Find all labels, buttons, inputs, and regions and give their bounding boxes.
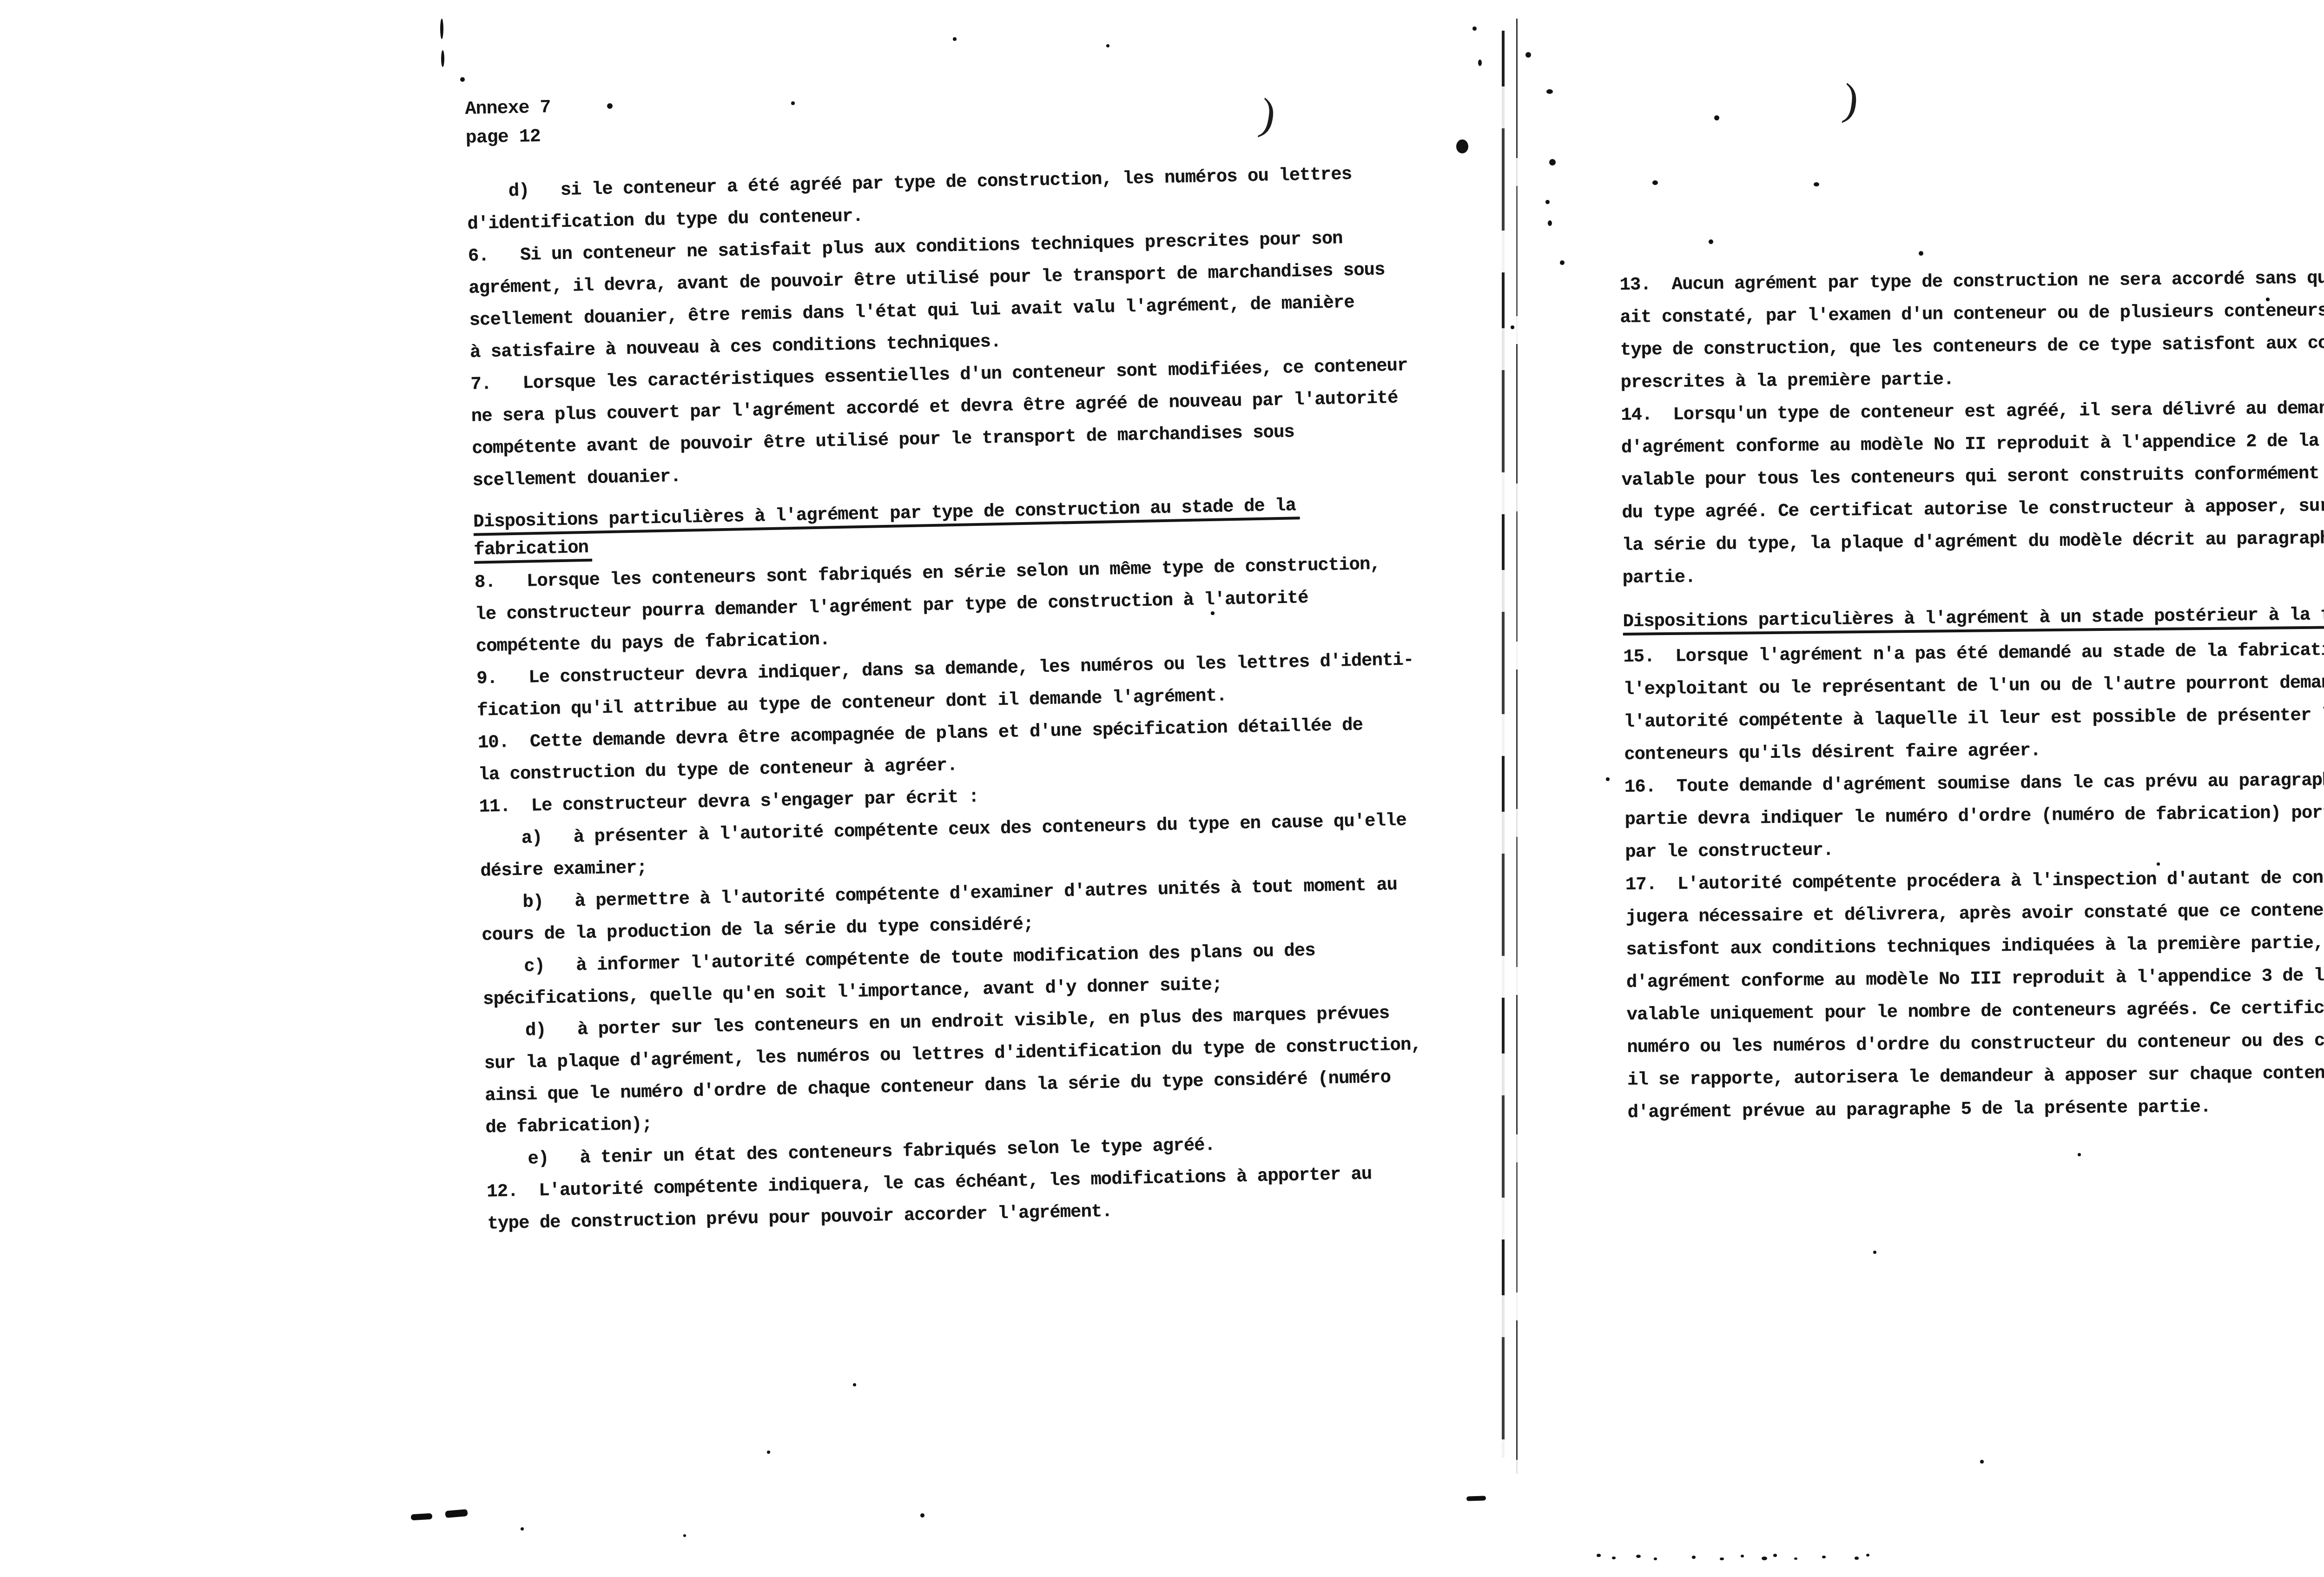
ink-speck: [791, 101, 795, 105]
ink-speck: [683, 1534, 686, 1537]
ink-speck: [1919, 251, 1923, 256]
ink-dash: [411, 1513, 433, 1520]
ink-speck: [1720, 1557, 1724, 1560]
ink-speck: [1606, 777, 1610, 781]
ink-speck: [767, 1451, 770, 1454]
paragraph: 15. Lorsque l'agrément n'a pas été deman…: [1623, 631, 2324, 771]
underlined-heading-text: fabrication: [474, 537, 592, 564]
stray-paren-mark: ): [1840, 73, 1861, 126]
ink-speck: [2266, 298, 2270, 301]
page-13-body: 13. Aucun agrément par type de construct…: [1619, 259, 2324, 1129]
paragraph: 14. Lorsqu'un type de conteneur est agré…: [1621, 390, 2324, 594]
ink-speck: [1511, 325, 1514, 329]
ink-speck: [1612, 1557, 1616, 1559]
ink-speck: [1106, 44, 1109, 47]
ink-speck: [1525, 52, 1531, 58]
paragraph: 17. L'autorité compétente procédera à l'…: [1625, 859, 2324, 1129]
ink-speck: [1456, 139, 1468, 153]
ink-speck: [1692, 1556, 1696, 1559]
page-12: Annexe 7page 12 d) si le conteneur a été…: [465, 75, 1496, 1240]
ink-speck: [1478, 60, 1482, 66]
ink-speck: [1546, 89, 1553, 94]
ink-speck: [1794, 1557, 1797, 1560]
scanned-document: { "document": { "pages": [ { "id": "page…: [0, 0, 2324, 1577]
paragraph: 13. Aucun agrément par type de construct…: [1619, 259, 2324, 399]
paragraph: 7. Lorsque les caractéristiques essentie…: [470, 348, 1481, 497]
page-13: Annexe 7page 1313. Aucun agrément par ty…: [1618, 149, 2324, 1129]
ink-speck: [1472, 27, 1477, 31]
ink-speck: [521, 1527, 524, 1531]
text-line: 13. Aucun agrément par type de construct…: [1619, 259, 2324, 301]
ink-speck: [1709, 239, 1713, 244]
text-line: 15. Lorsque l'agrément n'a pas été deman…: [1623, 631, 2324, 673]
ink-speck: [441, 50, 444, 67]
ink-speck: [1855, 1557, 1859, 1560]
paragraph: d) à porter sur les conteneurs en un end…: [483, 995, 1494, 1144]
ink-speck: [2157, 862, 2160, 866]
page-gutter-line: [1502, 31, 1505, 1458]
ink-speck: [1549, 159, 1556, 166]
page-13-header: Annexe 7page 13: [1618, 149, 2324, 206]
ink-speck: [1560, 260, 1565, 265]
page-12-body: d) si le conteneur a été agréé par type …: [466, 156, 1496, 1240]
paragraph: 6. Si un conteneur ne satisfait plus aux…: [468, 220, 1479, 368]
ink-speck: [853, 1383, 856, 1386]
ink-speck: [440, 19, 443, 39]
underlined-heading-text: Dispositions particulières à l'agrément …: [1623, 603, 2324, 636]
text-line: Dispositions particulières à l'agrément …: [1623, 596, 2324, 638]
ink-dash: [1466, 1496, 1486, 1501]
ink-speck: [2078, 1153, 2081, 1156]
ink-dash: [445, 1509, 468, 1518]
paragraph: 16. Toute demande d'agrément soumise dan…: [1624, 762, 2324, 868]
ink-speck: [1873, 1251, 1876, 1254]
ink-speck: [1548, 220, 1552, 226]
ink-speck: [1822, 1556, 1826, 1558]
ink-speck: [1741, 1555, 1744, 1557]
page-12-header: Annexe 7page 12: [465, 75, 1474, 153]
ink-speck: [1654, 1557, 1657, 1560]
ink-speck: [1762, 1557, 1767, 1560]
ink-speck: [1597, 1554, 1601, 1557]
ink-speck: [1636, 1555, 1641, 1558]
ink-speck: [607, 103, 613, 109]
ink-speck: [920, 1513, 924, 1517]
ink-speck: [1814, 182, 1819, 186]
ink-speck: [953, 37, 957, 41]
ink-speck: [1652, 180, 1658, 185]
ink-speck: [1714, 115, 1719, 120]
ink-speck: [1773, 1554, 1777, 1557]
page-gutter-line: [1516, 19, 1518, 1474]
ink-speck: [1211, 611, 1215, 615]
ink-speck: [1980, 1460, 1984, 1464]
section-heading: Dispositions particulières à l'agrément …: [1623, 596, 2324, 638]
ink-speck: [460, 77, 465, 82]
ink-speck: [1545, 200, 1550, 204]
ink-speck: [1866, 1554, 1869, 1557]
